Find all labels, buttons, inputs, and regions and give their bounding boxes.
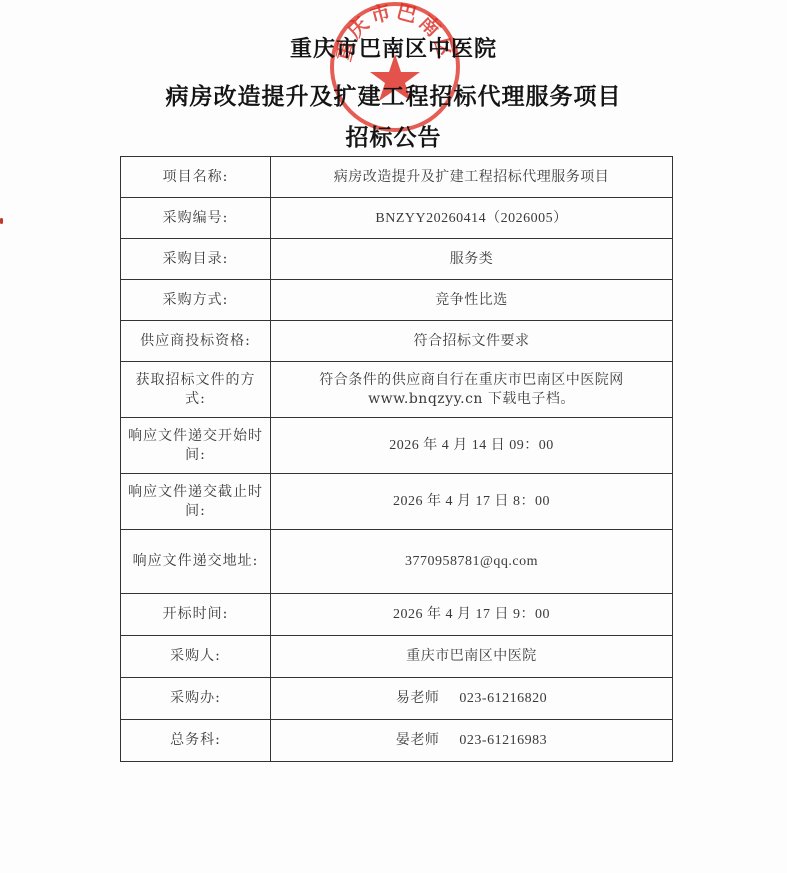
row-value: 易老师 023-61216820 <box>271 678 673 720</box>
title-announcement: 招标公告 <box>0 119 787 152</box>
row-label: 获取招标文件的方式: <box>121 362 271 418</box>
row-value: 2026 年 4 月 17 日 8：00 <box>271 474 673 530</box>
table-row: 响应文件递交截止时间: 2026 年 4 月 17 日 8：00 <box>121 474 673 530</box>
title-hospital: 重庆市巴南区中医院 <box>0 32 787 63</box>
table-row: 供应商投标资格: 符合招标文件要求 <box>121 321 673 362</box>
table-row: 开标时间: 2026 年 4 月 17 日 9：00 <box>121 594 673 636</box>
row-value: 2026 年 4 月 17 日 9：00 <box>271 594 673 636</box>
row-label: 采购办: <box>121 678 271 720</box>
row-label: 响应文件递交开始时间: <box>121 418 271 474</box>
row-value: 符合条件的供应商自行在重庆市巴南区中医院网 www.bnqzyy.cn 下载电子… <box>271 362 673 418</box>
row-label: 采购方式: <box>121 280 271 321</box>
table-row: 采购目录: 服务类 <box>121 239 673 280</box>
row-label: 响应文件递交地址: <box>121 530 271 594</box>
scan-mark <box>0 218 3 224</box>
row-value: 竞争性比选 <box>271 280 673 321</box>
row-value: BNZYY20260414（2026005） <box>271 198 673 239</box>
title-project: 病房改造提升及扩建工程招标代理服务项目 <box>0 78 787 111</box>
official-seal: 重庆市巴南区中医院 <box>330 2 460 132</box>
table-row: 采购人: 重庆市巴南区中医院 <box>121 636 673 678</box>
row-value: 符合招标文件要求 <box>271 321 673 362</box>
row-value: 服务类 <box>271 239 673 280</box>
info-table: 项目名称: 病房改造提升及扩建工程招标代理服务项目 采购编号: BNZYY202… <box>120 156 673 762</box>
row-label: 总务科: <box>121 720 271 762</box>
row-label: 采购编号: <box>121 198 271 239</box>
table-row: 响应文件递交开始时间: 2026 年 4 月 14 日 09：00 <box>121 418 673 474</box>
row-label: 供应商投标资格: <box>121 321 271 362</box>
table-row: 项目名称: 病房改造提升及扩建工程招标代理服务项目 <box>121 157 673 198</box>
table-row: 采购办: 易老师 023-61216820 <box>121 678 673 720</box>
row-label: 采购目录: <box>121 239 271 280</box>
row-label: 项目名称: <box>121 157 271 198</box>
row-label: 响应文件递交截止时间: <box>121 474 271 530</box>
table-row: 获取招标文件的方式: 符合条件的供应商自行在重庆市巴南区中医院网 www.bnq… <box>121 362 673 418</box>
row-label: 采购人: <box>121 636 271 678</box>
row-value: 晏老师 023-61216983 <box>271 720 673 762</box>
table-row: 采购方式: 竞争性比选 <box>121 280 673 321</box>
row-value: 病房改造提升及扩建工程招标代理服务项目 <box>271 157 673 198</box>
row-label: 开标时间: <box>121 594 271 636</box>
table-row: 采购编号: BNZYY20260414（2026005） <box>121 198 673 239</box>
document-page: 重庆市巴南区中医院 重庆市巴南区中医院 病房改造提升及扩建工程招标代理服务项目 … <box>0 0 787 873</box>
row-value[interactable]: 3770958781@qq.com <box>271 530 673 594</box>
table-row: 总务科: 晏老师 023-61216983 <box>121 720 673 762</box>
row-value: 重庆市巴南区中医院 <box>271 636 673 678</box>
table-row: 响应文件递交地址: 3770958781@qq.com <box>121 530 673 594</box>
row-value: 2026 年 4 月 14 日 09：00 <box>271 418 673 474</box>
star-icon: 重庆市巴南区中医院 <box>330 2 460 132</box>
